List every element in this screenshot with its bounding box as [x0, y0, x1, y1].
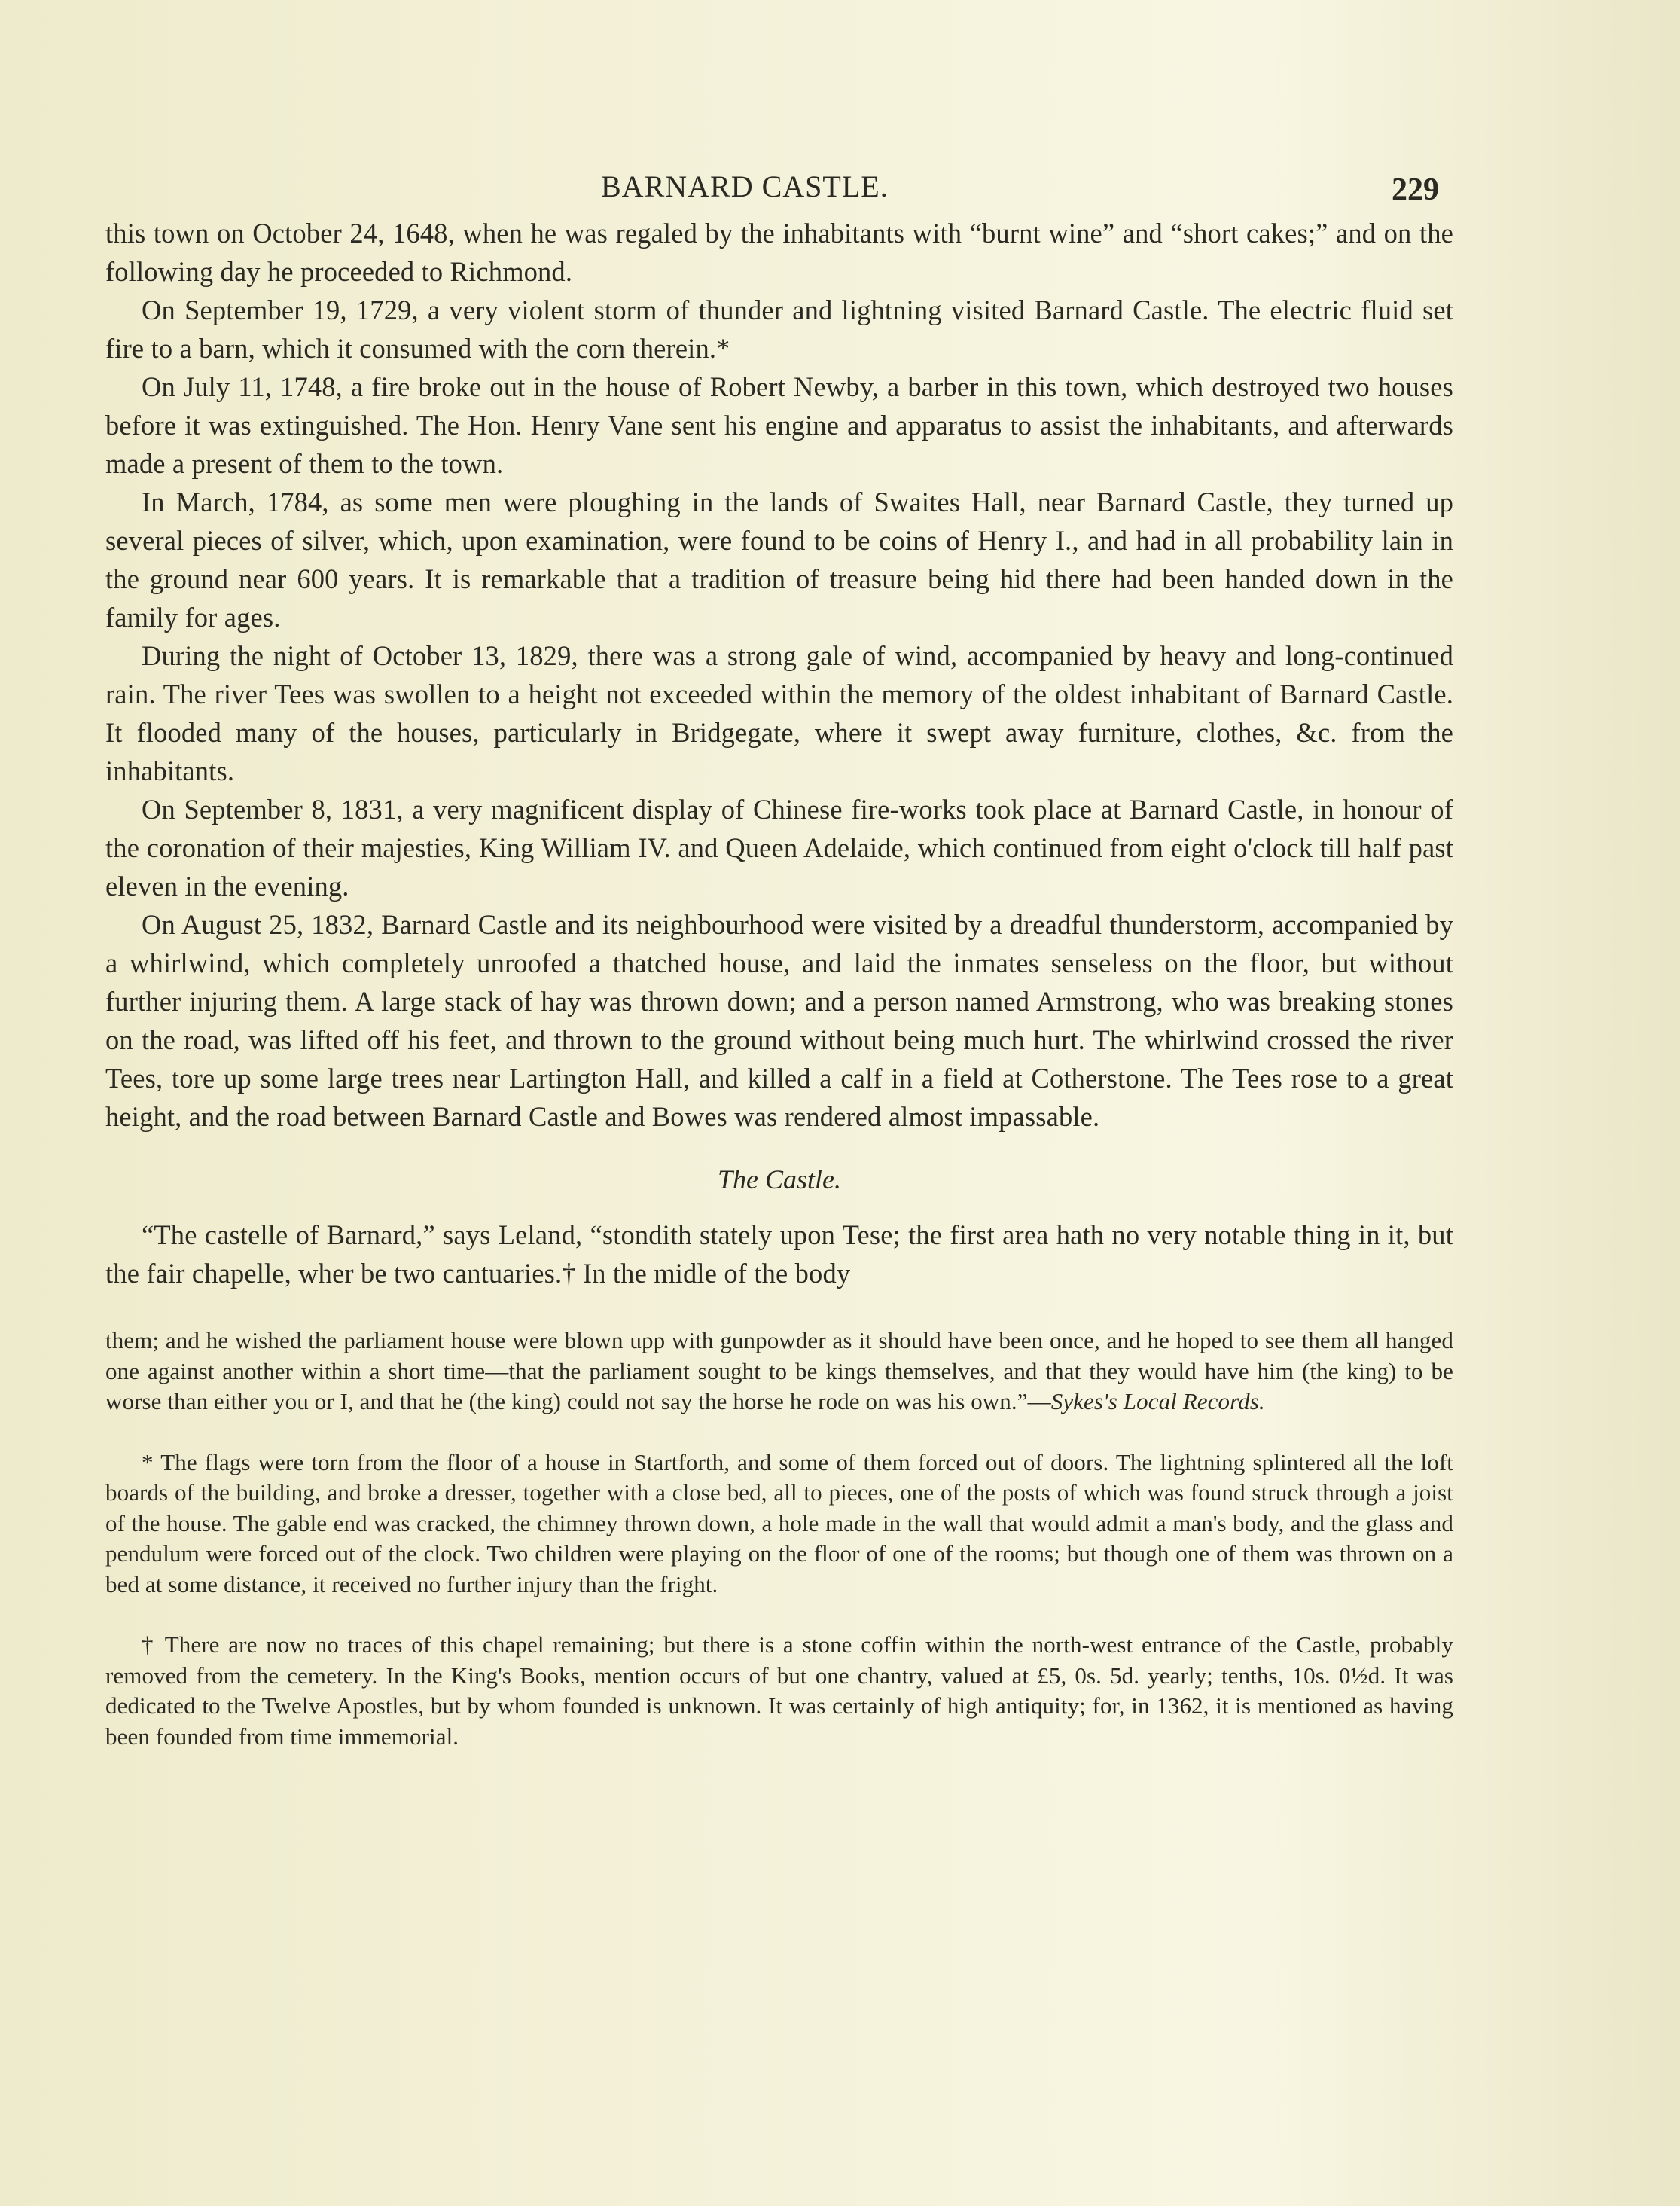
- paragraph-whirlwind-1832: On August 25, 1832, Barnard Castle and i…: [105, 905, 1453, 1136]
- paragraph-leland-quote: “The castelle of Barnard,” says Leland, …: [105, 1216, 1453, 1292]
- running-head: BARNARD CASTLE. 229: [105, 158, 1453, 211]
- footnote-dagger: † There are now no traces of this chapel…: [105, 1630, 1453, 1752]
- paragraph-coins-1784: In March, 1784, as some men were ploughi…: [105, 483, 1453, 636]
- paragraph-storm-1729: On September 19, 1729, a very violent st…: [105, 291, 1453, 368]
- paragraph-flood-1829: During the night of October 13, 1829, th…: [105, 636, 1453, 790]
- footnote-source: Sykes's Local Records.: [1051, 1388, 1265, 1414]
- footnote-asterisk: * The flags were torn from the floor of …: [105, 1448, 1453, 1600]
- page-number: 229: [1392, 172, 1439, 208]
- footnotes: them; and he wished the parliament house…: [105, 1326, 1453, 1752]
- footnote-text: There are now no traces of this chapel r…: [105, 1631, 1453, 1750]
- book-page: BARNARD CASTLE. 229 this town on October…: [105, 158, 1453, 1782]
- footnote-marker: *: [142, 1449, 154, 1475]
- paragraph-continued: this town on October 24, 1648, when he w…: [105, 214, 1453, 291]
- paragraph-fireworks-1831: On September 8, 1831, a very magnificent…: [105, 790, 1453, 905]
- paragraph-fire-1748: On July 11, 1748, a fire broke out in th…: [105, 368, 1453, 483]
- footnote-text: The flags were torn from the floor of a …: [105, 1449, 1453, 1597]
- footnote-marker: †: [142, 1631, 157, 1658]
- footnote-continued: them; and he wished the parliament house…: [105, 1326, 1453, 1417]
- running-title: BARNARD CASTLE.: [601, 169, 889, 204]
- section-heading: The Castle.: [105, 1161, 1453, 1198]
- body-text: this town on October 24, 1648, when he w…: [105, 214, 1453, 1292]
